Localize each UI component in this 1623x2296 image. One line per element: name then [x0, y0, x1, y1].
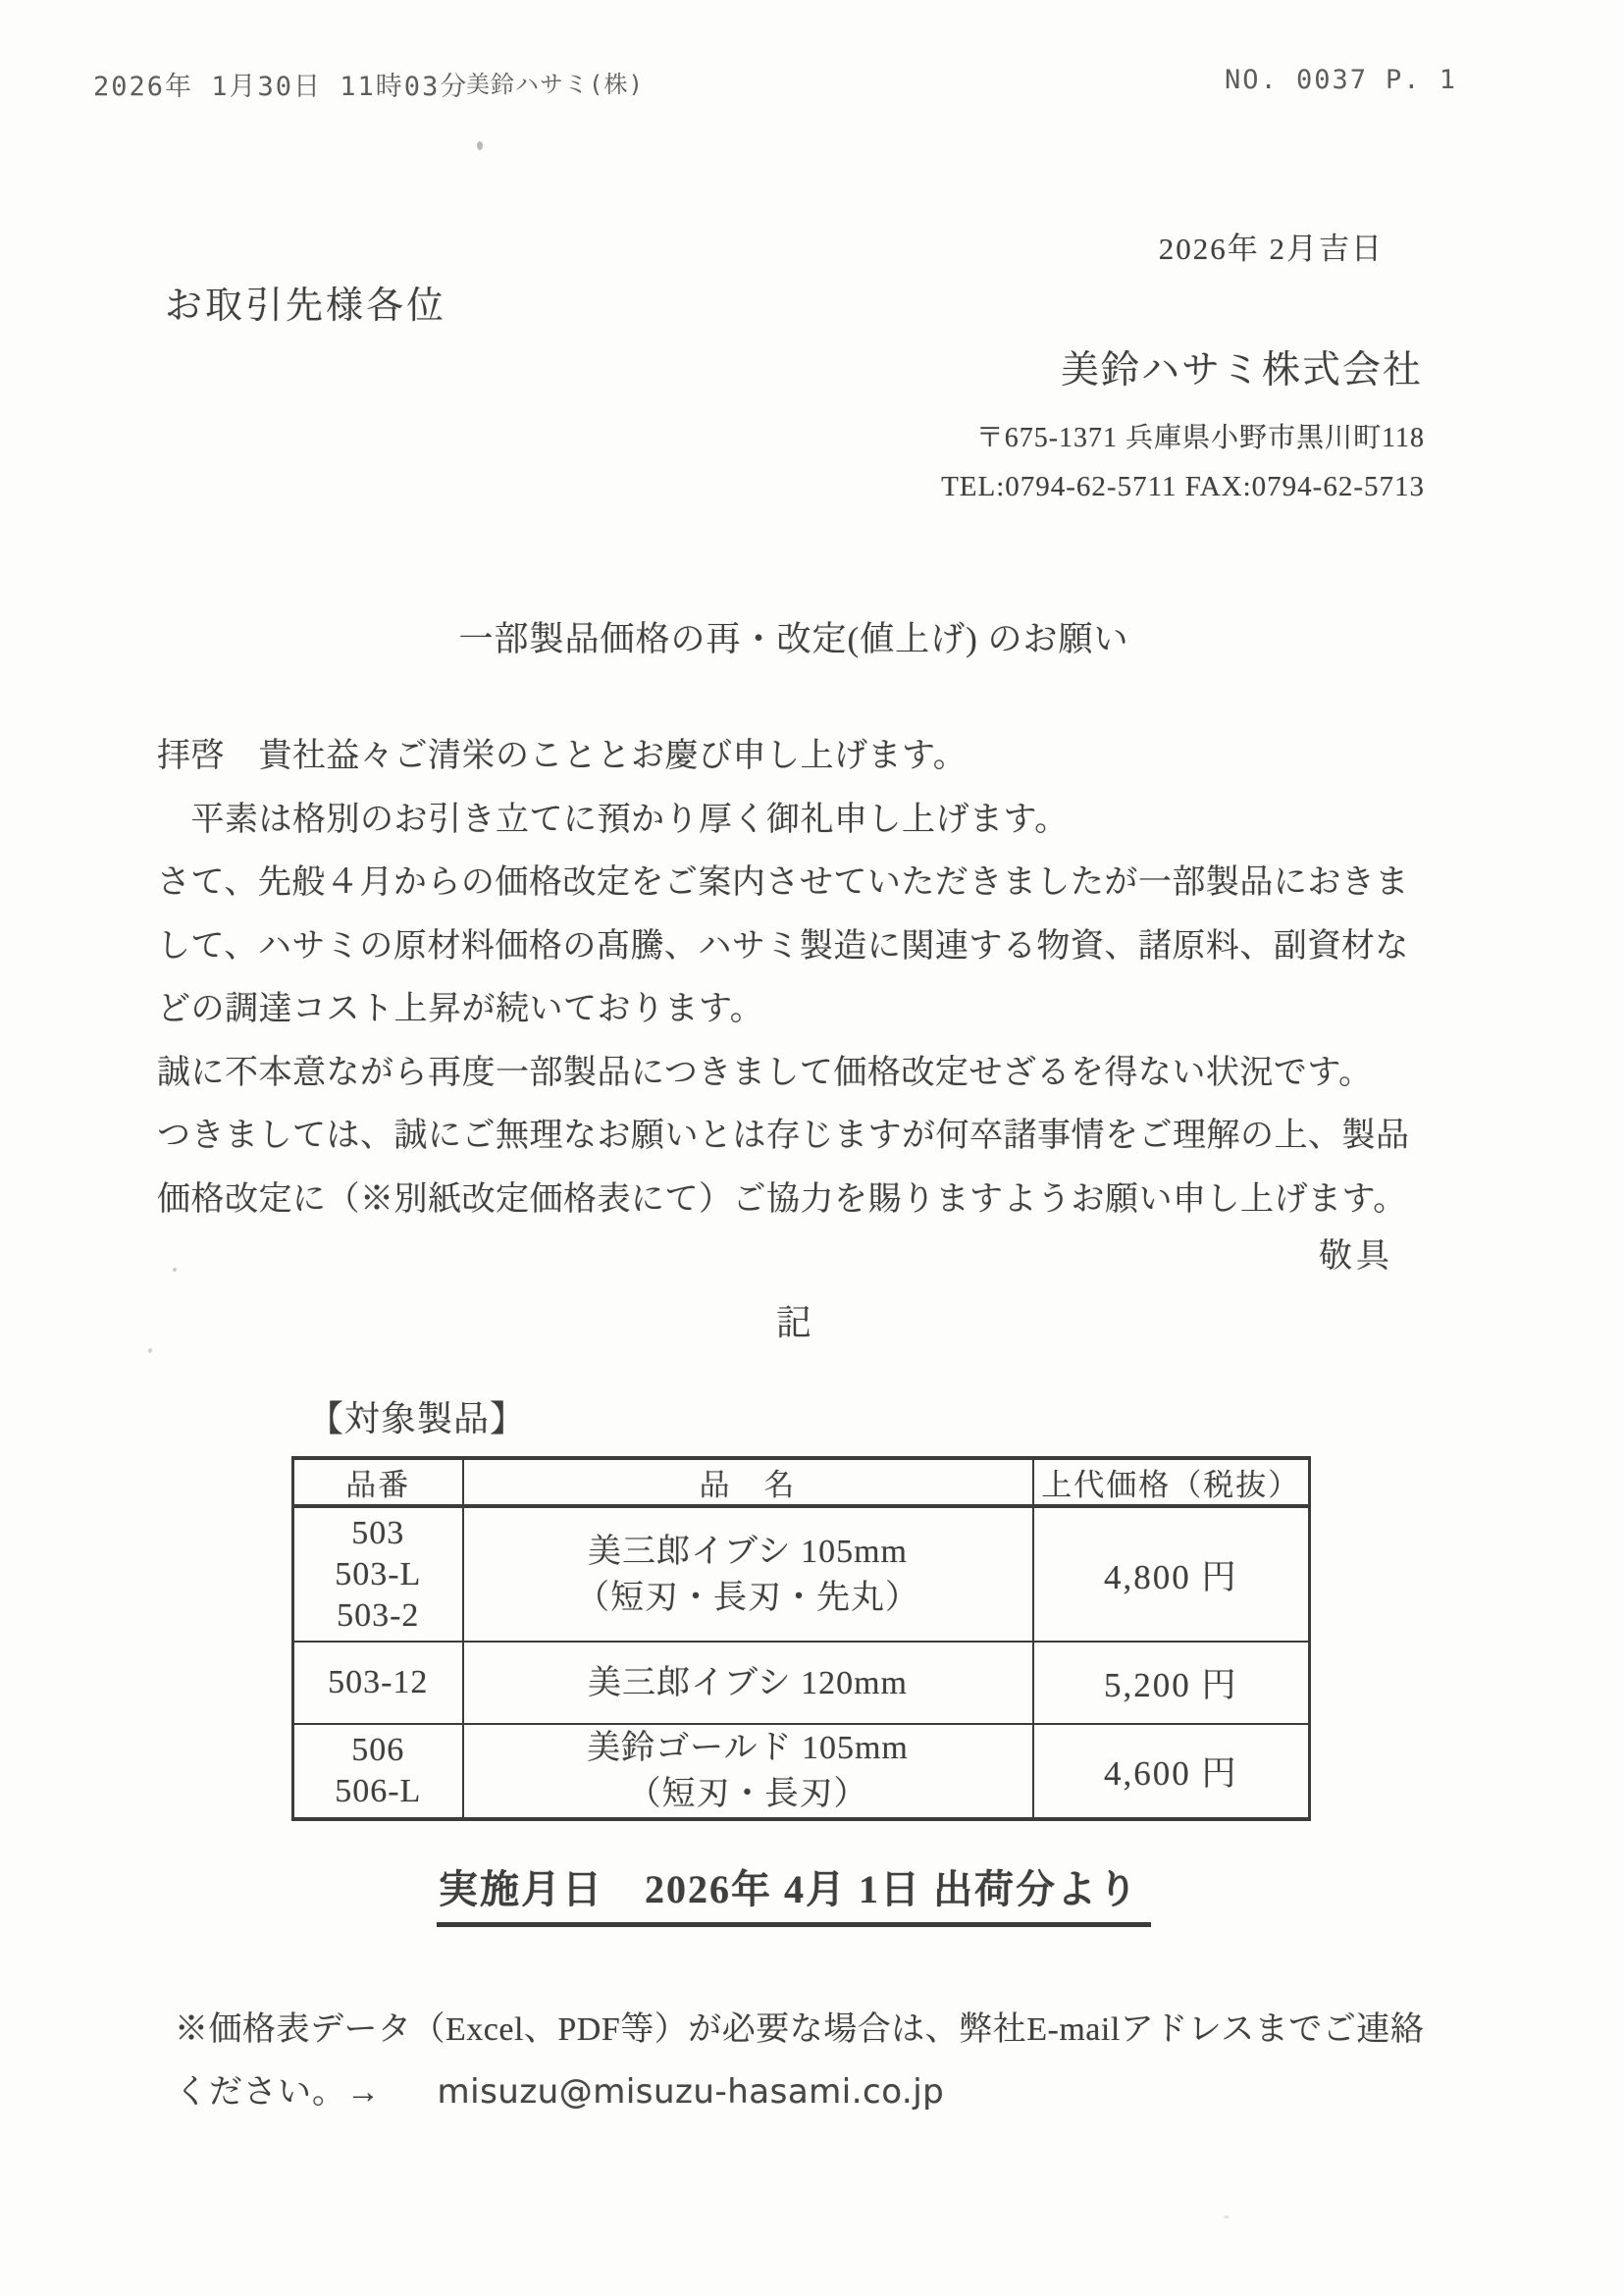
- product-name-line: （短刃・長刃・先丸）: [464, 1575, 1032, 1621]
- part-code: 506: [294, 1730, 462, 1771]
- product-name-line: 美鈴ゴールド 105mm: [464, 1725, 1032, 1771]
- product-name-cell: 美三郎イブシ 105mm （短刃・長刃・先丸）: [463, 1506, 1033, 1642]
- remark-ki-mark: 記: [0, 1295, 1605, 1345]
- fax-datetime: 2026年 1月30日 11時03分: [93, 65, 468, 103]
- product-name-cell: 美鈴ゴールド 105mm （短刃・長刃）: [463, 1724, 1033, 1819]
- target-products-heading: 【対象製品】: [308, 1391, 526, 1441]
- price-cell: 4,600 円: [1033, 1724, 1310, 1819]
- table-row: 506 506-L 美鈴ゴールド 105mm （短刃・長刃） 4,600 円: [293, 1724, 1310, 1819]
- scan-artifact: [173, 1268, 177, 1272]
- part-code: 503: [294, 1513, 462, 1554]
- part-code: 506-L: [294, 1771, 462, 1812]
- product-name-line: （短刃・長刃）: [464, 1771, 1032, 1817]
- body-line: つきましては、誠にご無理なお願いとは存じますが何卒諸事情をご理解の上、製品: [157, 1108, 1477, 1172]
- recipient-line: お取引先様各位: [165, 275, 446, 329]
- fax-page-number: P. 1: [1386, 65, 1457, 95]
- part-number-cell: 503 503-L 503-2: [293, 1506, 463, 1642]
- footer-note-line2: ください。→ misuzu@misuzu-hasami.co.jp: [175, 2064, 944, 2113]
- company-name: 美鈴ハサミ株式会社: [1061, 339, 1423, 394]
- letter-body: 拝啓 貴社益々ご清栄のこととお慶び申し上げます。 平素は格別のお引き立てに預かり…: [157, 728, 1477, 1234]
- product-name-cell: 美三郎イブシ 120mm: [463, 1642, 1033, 1724]
- table-row: 503 503-L 503-2 美三郎イブシ 105mm （短刃・長刃・先丸） …: [293, 1506, 1310, 1642]
- body-line: さて、先般４月からの価格改定をご案内させていただきましたが一部製品におきま: [157, 855, 1477, 918]
- product-name-line: 美三郎イブシ 120mm: [464, 1660, 1032, 1706]
- table-header-row: 品番 品 名 上代価格（税抜）: [293, 1458, 1310, 1506]
- closing-keigu: 敬具: [1319, 1228, 1393, 1277]
- body-line: して、ハサミの原材料価格の髙騰、ハサミ製造に関連する物資、諸原料、副資材な: [157, 918, 1477, 982]
- col-header-part-number: 品番: [293, 1458, 463, 1506]
- letter-date: 2026年 2月吉日: [1159, 224, 1384, 268]
- col-header-product-name: 品 名: [463, 1458, 1033, 1506]
- footer-note-prefix: ください。→: [175, 2074, 381, 2111]
- contact-email: misuzu@misuzu-hasami.co.jp: [438, 2072, 945, 2112]
- body-line: 誠に不本意ながら再度一部製品につきまして価格改定せざるを得ない状況です。: [157, 1045, 1477, 1109]
- document-title: 一部製品価格の再・改定(値上げ) のお願い: [0, 612, 1605, 661]
- part-number-cell: 506 506-L: [293, 1724, 463, 1819]
- part-code: 503-2: [294, 1595, 462, 1637]
- company-address: 〒675-1371 兵庫県小野市黒川町118: [976, 416, 1425, 455]
- company-tel-fax: TEL:0794-62-5711 FAX:0794-62-5713: [941, 471, 1425, 503]
- effective-date-line: 実施月日 2026年 4月 1日 出荷分より: [437, 1858, 1151, 1927]
- col-header-list-price: 上代価格（税抜）: [1033, 1458, 1310, 1506]
- price-cell: 5,200 円: [1033, 1642, 1310, 1724]
- part-code: 503-12: [294, 1662, 462, 1703]
- fax-sender-name: 美鈴ハサミ(株): [466, 65, 644, 99]
- scan-artifact: [148, 1348, 152, 1353]
- fax-doc-number: NO. 0037: [1225, 65, 1368, 95]
- scanned-fax-document: 2026年 1月30日 11時03分 美鈴ハサミ(株) NO. 0037 P. …: [0, 0, 1623, 2296]
- products-price-table: 品番 品 名 上代価格（税抜） 503 503-L 503-2 美三郎イブシ 1…: [291, 1456, 1311, 1821]
- scan-artifact: [477, 141, 483, 150]
- body-line: 価格改定に（※別紙改定価格表にて）ご協力を賜りますようお願い申し上げます。: [157, 1172, 1477, 1235]
- table-row: 503-12 美三郎イブシ 120mm 5,200 円: [293, 1642, 1310, 1724]
- part-code: 503-L: [294, 1554, 462, 1595]
- fax-imprint-header: 2026年 1月30日 11時03分 美鈴ハサミ(株) NO. 0037 P. …: [0, 65, 1623, 98]
- price-cell: 4,800 円: [1033, 1506, 1310, 1642]
- product-name-line: 美三郎イブシ 105mm: [464, 1529, 1032, 1575]
- body-line: 拝啓 貴社益々ご清栄のこととお慶び申し上げます。: [157, 728, 1477, 792]
- body-line: どの調達コスト上昇が続いております。: [157, 981, 1477, 1045]
- footer-note-line1: ※価格表データ（Excel、PDF等）が必要な場合は、弊社E-mailアドレスま…: [175, 2002, 1424, 2050]
- part-number-cell: 503-12: [293, 1642, 463, 1724]
- body-line: 平素は格別のお引き立てに預かり厚く御礼申し上げます。: [157, 792, 1477, 856]
- scan-artifact: [1224, 2216, 1230, 2218]
